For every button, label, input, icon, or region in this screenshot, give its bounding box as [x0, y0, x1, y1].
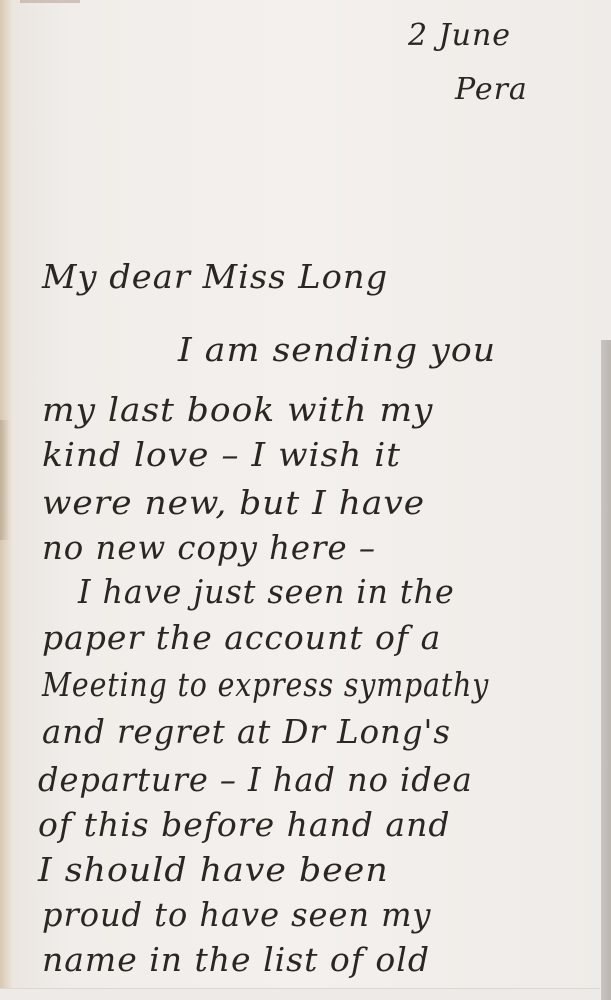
- body-line-1: I am sending you: [178, 330, 496, 369]
- body-line-10: departure – I had no idea: [38, 760, 473, 799]
- body-line-13: proud to have seen my: [42, 895, 431, 934]
- body-line-9: and regret at Dr Long's: [42, 712, 451, 751]
- body-line-7: paper the account of a: [42, 618, 441, 657]
- right-page-edge-shadow: [601, 340, 611, 1000]
- salutation: My dear Miss Long: [42, 257, 388, 296]
- bottom-page-edge: [0, 988, 600, 1000]
- place: Pera: [455, 72, 528, 107]
- body-line-12: I should have been: [38, 850, 389, 889]
- body-line-8: Meeting to express sympathy: [42, 665, 489, 704]
- top-page-edge: [20, 0, 80, 3]
- body-line-6: I have just seen in the: [78, 572, 455, 611]
- body-line-11: of this before hand and: [38, 805, 450, 844]
- body-line-4: were new, but I have: [42, 483, 425, 522]
- body-line-5: no new copy here –: [42, 528, 376, 567]
- binding-shadow: [0, 420, 10, 540]
- body-line-14: name in the list of old: [42, 940, 430, 979]
- date: 2 June: [408, 18, 511, 53]
- letter-page: 2 June Pera My dear Miss Long I am sendi…: [0, 0, 611, 1000]
- body-line-3: kind love – I wish it: [42, 435, 401, 474]
- body-line-2: my last book with my: [42, 390, 433, 429]
